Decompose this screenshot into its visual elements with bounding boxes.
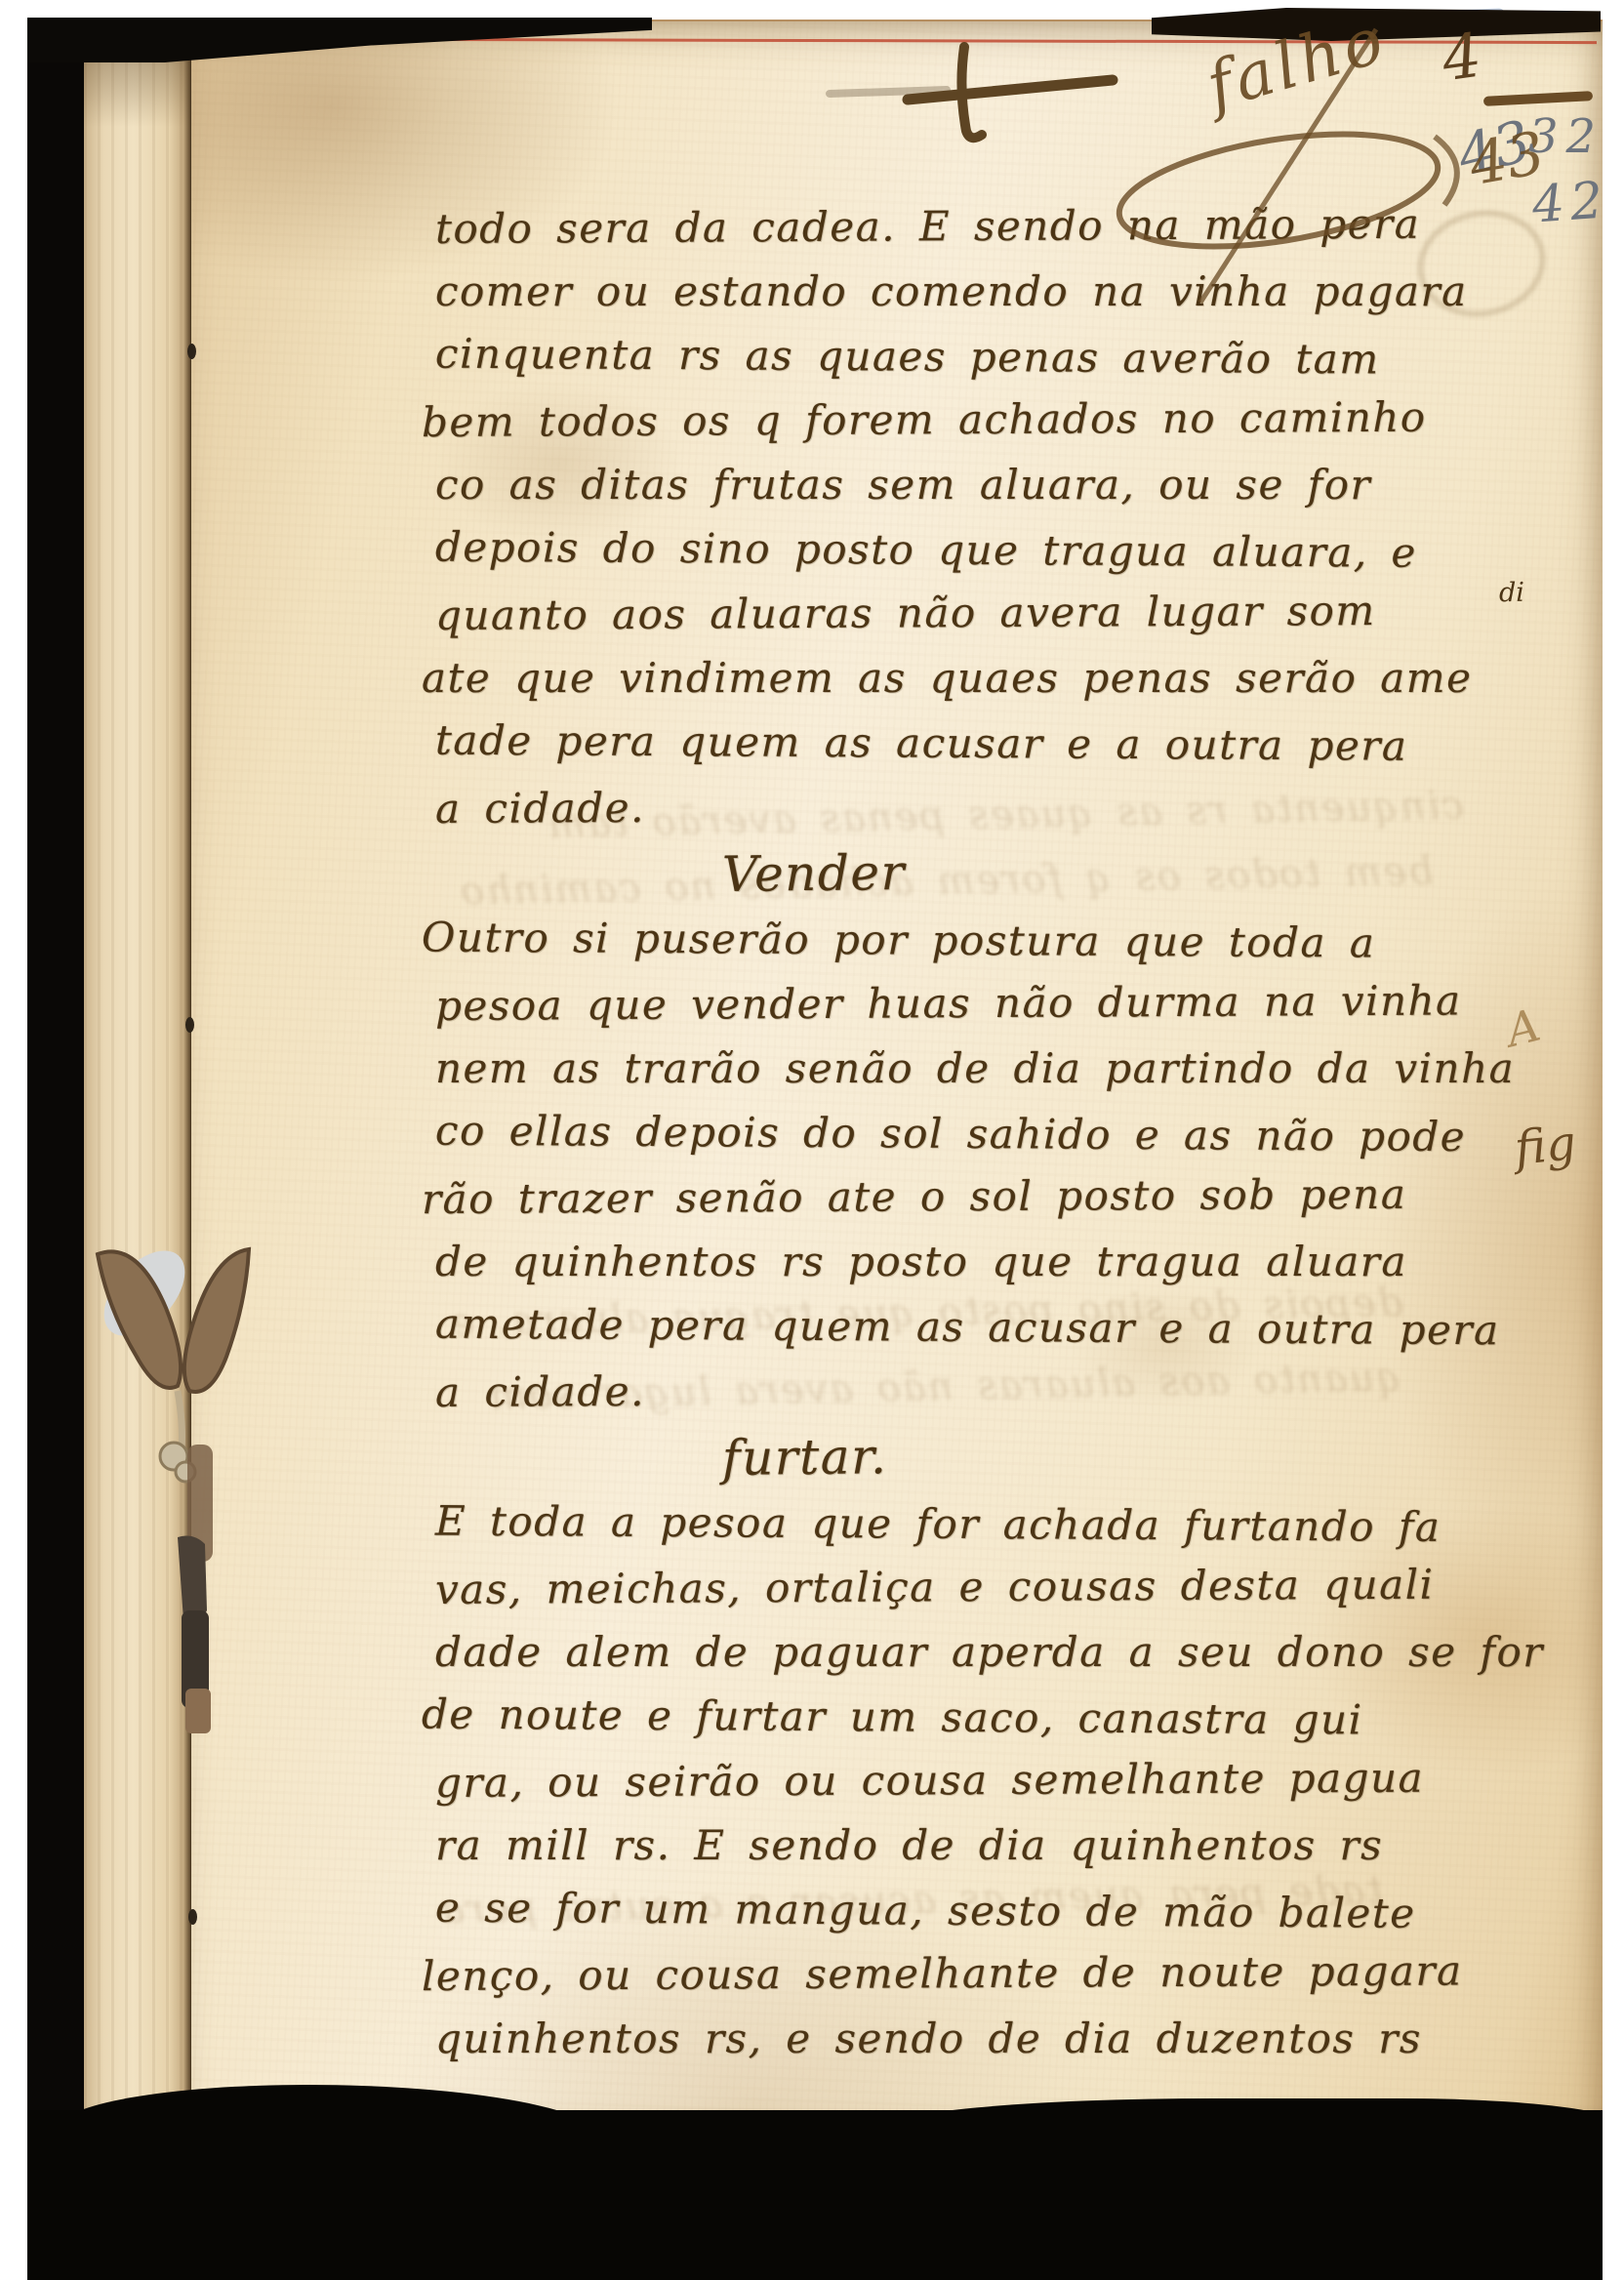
cross-mark-icon — [820, 29, 1142, 146]
manuscript-line: gra, ou seirão ou cousa semelhante pagua — [0, 1745, 1624, 1818]
scan-background-bottom — [27, 2110, 1624, 2280]
manuscript-line: ametade pera quem as acusar e a outra pe… — [0, 1289, 1624, 1364]
manuscript-line: quinhentos rs, e sendo de dia duzentos r… — [0, 2007, 1624, 2071]
manuscript-line: quanto aos aluaras não avera lugar som — [0, 578, 1624, 651]
margin-note: fig — [1512, 1116, 1578, 1176]
manuscript-line: rão trazer senão ate o sol posto sob pen… — [0, 1161, 1624, 1235]
manuscript-line: vas, meichas, ortaliça e cousas desta qu… — [0, 1552, 1624, 1625]
manuscript-line: de noute e furtar um saco, canastra gui — [0, 1680, 1624, 1754]
folio-number-pencil-bottom: 42 — [1530, 171, 1610, 234]
manuscript-line: nem as trarão senão de dia partindo da v… — [0, 1037, 1624, 1101]
manuscript-line: co as ditas frutas sem aluara, ou se for — [0, 453, 1624, 517]
manuscript-line: pesoa que vender huas não durma na vinha — [0, 968, 1624, 1041]
manuscript-scan: cinquenta rs as quaes penas averão tam b… — [0, 0, 1624, 2280]
manuscript-line: E toda a pesoa que for achada furtando f… — [0, 1486, 1624, 1561]
superscript-abbreviation: di — [1499, 578, 1524, 608]
manuscript-line: bem todos os q forem achados no caminho — [0, 385, 1624, 458]
manuscript-text: todo sera da cadea. E sendo na mão perac… — [0, 195, 1624, 2071]
manuscript-line: ate que vindimem as quaes penas serão am… — [0, 646, 1624, 711]
manuscript-line: tade pera quem as acusar e a outra pera — [0, 706, 1624, 780]
manuscript-line: lenço, ou cousa semelhante de noute paga… — [0, 1938, 1624, 2012]
manuscript-line: co ellas depois do sol sahido e as não p… — [0, 1096, 1624, 1170]
manuscript-line: ra mill rs. E sendo de dia quinhentos rs — [0, 1813, 1624, 1878]
manuscript-line: de quinhentos rs posto que tragua aluara — [0, 1230, 1624, 1294]
manuscript-line: e se for um mangua, sesto de mão balete — [0, 1873, 1624, 1947]
manuscript-line: depois do sino posto que tragua aluara, … — [0, 512, 1624, 587]
manuscript-line: dade alem de paguar aperda a seu dono se… — [0, 1620, 1624, 1685]
manuscript-line: Outro si puserão por postura que toda a — [0, 903, 1624, 977]
folio-number-pencil-top: 32 — [1528, 109, 1604, 164]
manuscript-line: cinquenta rs as quaes penas averão tam — [0, 319, 1624, 393]
